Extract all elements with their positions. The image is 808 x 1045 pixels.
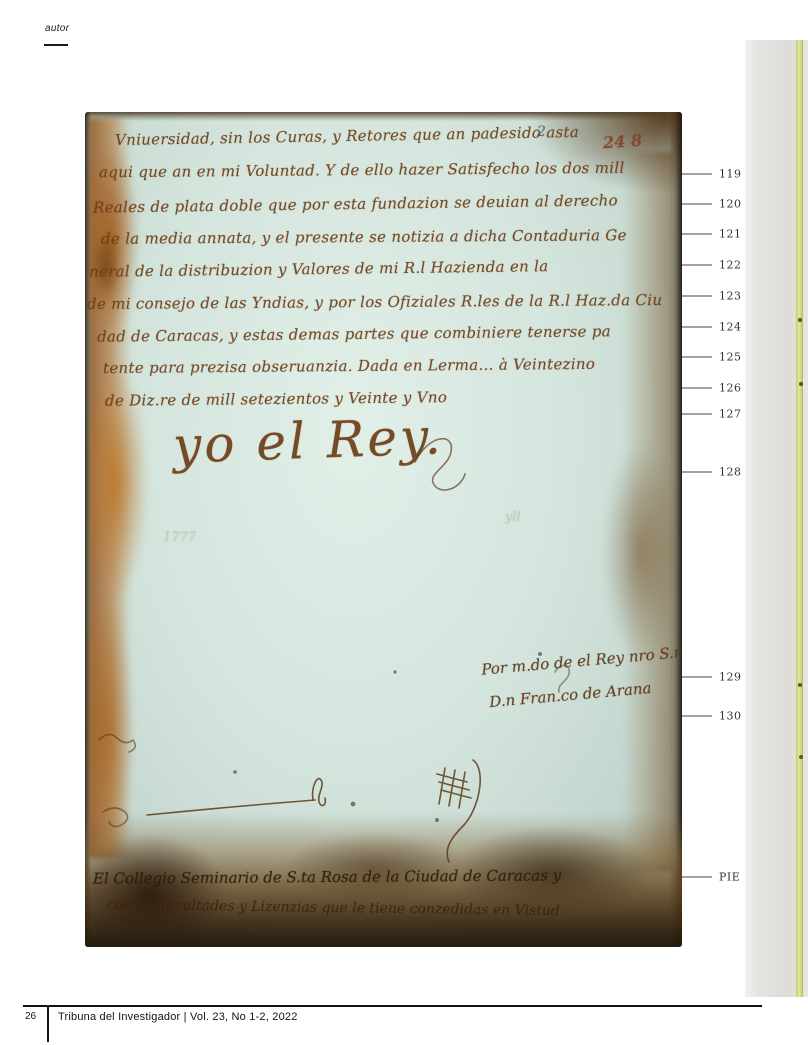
ruler-label: 120 xyxy=(719,198,742,211)
ruler-dash xyxy=(682,677,712,678)
ruler-label: 129 xyxy=(719,671,742,684)
footer-citation: Tribuna del Investigador | Vol. 23, No 1… xyxy=(58,1011,298,1023)
ruler-label: 121 xyxy=(719,228,742,241)
ruler-dash xyxy=(682,234,712,235)
author-label: autor xyxy=(45,23,69,34)
author-underline xyxy=(44,44,68,46)
ruler-marker: PIE xyxy=(682,871,740,884)
ruler-dash xyxy=(682,327,712,328)
ruler-label: 128 xyxy=(719,466,742,479)
footer-page-number: 26 xyxy=(25,1011,36,1022)
edge-speck xyxy=(799,382,803,386)
ruler-label: 123 xyxy=(719,290,742,303)
ruler-marker: 130 xyxy=(682,710,742,723)
ruler-label: 122 xyxy=(719,259,742,272)
ruler-marker: 123 xyxy=(682,290,742,303)
ruler-marker: 125 xyxy=(682,351,742,364)
ruler-dash xyxy=(682,472,712,473)
ruler-dash xyxy=(682,174,712,175)
ruler-dash xyxy=(682,877,712,878)
ruler-marker: 122 xyxy=(682,259,742,272)
ruler-dash xyxy=(682,357,712,358)
ruler-label: 130 xyxy=(719,710,742,723)
ruler-label: 119 xyxy=(719,168,742,181)
ruler-marker: 126 xyxy=(682,382,742,395)
footer-rule xyxy=(23,1005,762,1007)
ruler-marker: 124 xyxy=(682,321,742,334)
ruler-marker: 129 xyxy=(682,671,742,684)
ruler-dash xyxy=(682,265,712,266)
ruler-dash xyxy=(682,414,712,415)
ruler-label: 127 xyxy=(719,408,742,421)
ruler-dash xyxy=(682,388,712,389)
page-edge-highlight-line xyxy=(796,40,803,997)
edge-speck xyxy=(798,318,802,322)
ruler-dash xyxy=(682,716,712,717)
ink-doodles xyxy=(85,112,682,947)
ruler-marker: 120 xyxy=(682,198,742,211)
ruler-label: 125 xyxy=(719,351,742,364)
ruler-label: PIE xyxy=(719,871,740,884)
ruler-dash xyxy=(682,296,712,297)
ruler-marker: 119 xyxy=(682,168,742,181)
ruler-marker: 128 xyxy=(682,466,742,479)
ruler-dash xyxy=(682,204,712,205)
ruler-marker: 121 xyxy=(682,228,742,241)
edge-speck xyxy=(799,755,803,759)
footer-divider xyxy=(47,1005,49,1042)
ruler-label: 124 xyxy=(719,321,742,334)
ruler-marker: 127 xyxy=(682,408,742,421)
ruler-label: 126 xyxy=(719,382,742,395)
manuscript-photo: 2 24 8 Vniuersidad, sin los Curas, y Ret… xyxy=(85,112,682,947)
edge-speck xyxy=(798,683,802,687)
